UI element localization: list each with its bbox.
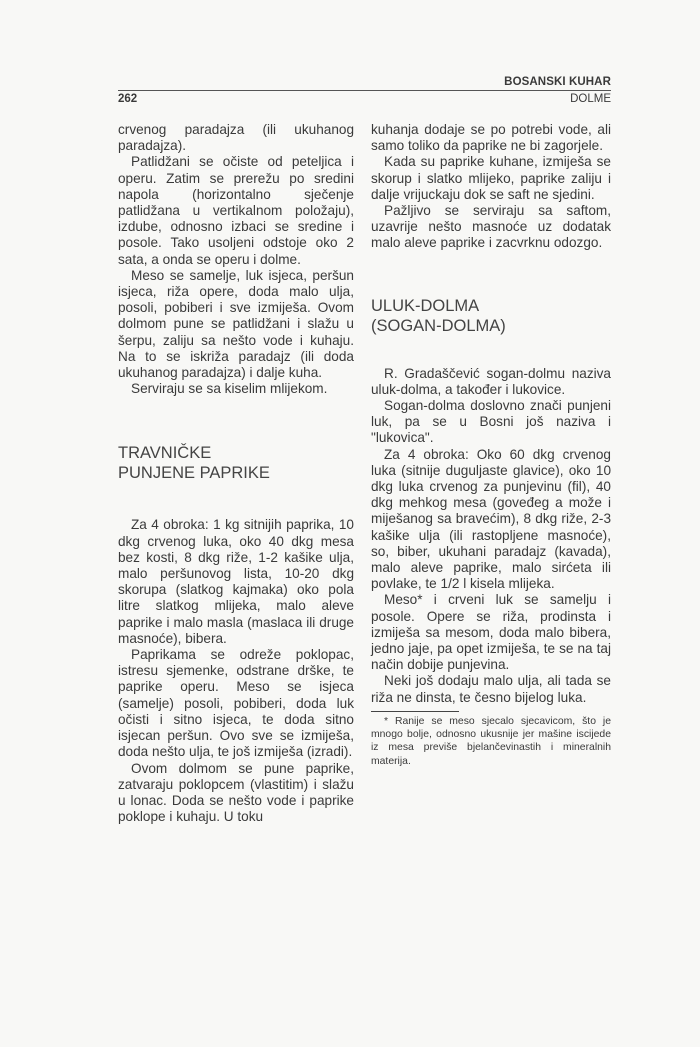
page-number: 262	[118, 93, 137, 105]
recipe-title-travnicke: TRAVNIČKE PUNJENE PAPRIKE	[118, 443, 354, 483]
right-column: kuhanja dodaje se po potrebi vode, ali s…	[371, 122, 611, 768]
paragraph: Meso se samelje, luk isjeca, peršun isje…	[118, 268, 354, 381]
paragraph: Kada su paprike kuhane, izmiješa se skor…	[371, 154, 611, 203]
paragraph: kuhanja dodaje se po potrebi vode, ali s…	[371, 122, 611, 154]
footnote: * Ranije se meso sjecalo sjecavicom, što…	[371, 715, 611, 768]
recipe-title-uluk-dolma: ULUK-DOLMA (SOGAN-DOLMA)	[371, 296, 611, 336]
recipe-title-line: PUNJENE PAPRIKE	[118, 464, 270, 482]
left-column: crvenog paradajza (ili ukuhanog paradajz…	[118, 122, 354, 825]
recipe-title-line: (SOGAN-DOLMA)	[371, 317, 506, 335]
page-header: BOSANSKI KUHAR 262 DOLME	[118, 76, 611, 106]
paragraph: Neki još dodaju malo ulja, ali tada se r…	[371, 673, 611, 705]
ingredients-paragraph: Za 4 obroka: 1 kg sitnijih paprika, 10 d…	[118, 517, 354, 647]
running-title: BOSANSKI KUHAR	[504, 76, 611, 88]
paragraph: Pažljivo se serviraju sa saftom, uzavrij…	[371, 203, 611, 252]
paragraph: Sogan-dolma doslovno znači punjeni luk, …	[371, 398, 611, 447]
recipe-title-line: TRAVNIČKE	[118, 444, 211, 462]
paragraph: crvenog paradajza (ili ukuhanog paradajz…	[118, 122, 354, 154]
header-rule	[118, 90, 611, 91]
ingredients-paragraph: Za 4 obroka: Oko 60 dkg crvenog luka (si…	[371, 447, 611, 593]
paragraph: Paprikama se odreže poklopac, istresu sj…	[118, 647, 354, 760]
paragraph: Patlidžani se očiste od peteljica i oper…	[118, 154, 354, 267]
recipe-title-line: ULUK-DOLMA	[371, 297, 479, 315]
footnote-rule	[371, 711, 459, 712]
paragraph: Meso* i crveni luk se samelju i posole. …	[371, 592, 611, 673]
section-title: DOLME	[570, 93, 611, 105]
paragraph: Serviraju se sa kiselim mlijekom.	[118, 381, 354, 397]
paragraph: Ovom dolmom se pune paprike, zatvaraju p…	[118, 761, 354, 826]
paragraph: R. Gradaščević sogan-dolmu naziva uluk-d…	[371, 366, 611, 398]
